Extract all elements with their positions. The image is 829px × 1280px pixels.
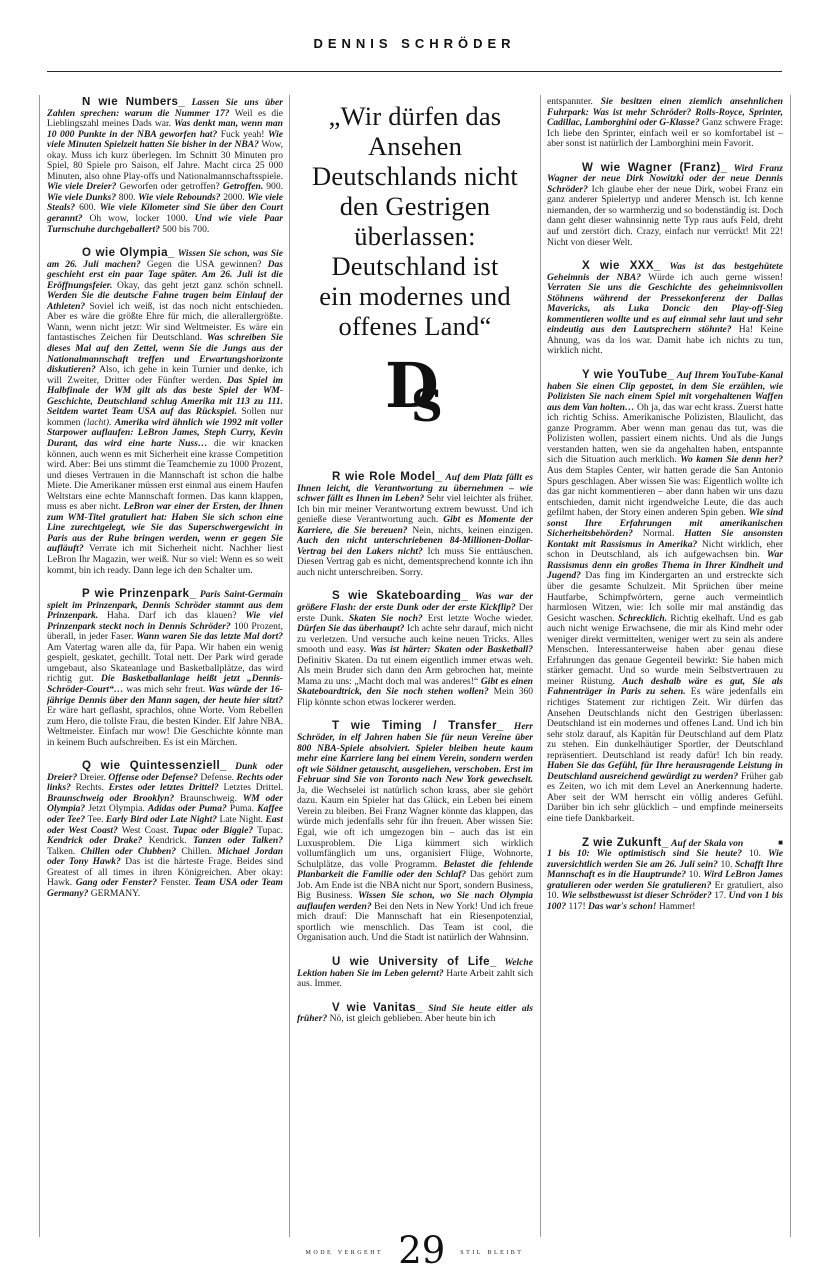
interview-section: T wie Timing / Transfer_ Herr Schröder, … [297, 721, 533, 943]
interviewee-answer: Puma. [230, 803, 254, 814]
interviewee-answer: Gegen die USA gewinnen? [147, 259, 262, 270]
pull-quote: „Wir dürfen dasAnsehenDeutschlands nicht… [297, 101, 533, 341]
interviewee-answer: Geworfen oder getroffen? [119, 181, 219, 192]
section-heading: N wie Numbers_ [82, 97, 185, 108]
section-heading: P wie Prinzenpark_ [82, 588, 196, 600]
interviewer-question: Erstes oder letztes Drittel? [109, 782, 219, 793]
interviewee-answer: Normal. [643, 528, 675, 539]
interviewee-answer: Chillen. [181, 846, 212, 857]
pull-quote-line: Deutschlands nicht [297, 161, 533, 191]
interview-section: P wie Prinzenpark_ Paris Saint-Germain s… [47, 589, 283, 748]
interviewer-question: Schrecklich. [618, 613, 667, 624]
interviewer-question: Kendrick oder Drake? [47, 835, 142, 846]
column-rule [289, 95, 290, 1237]
pull-quote-line: Ansehen [297, 131, 533, 161]
section-heading: T wie Timing / Transfer_ [332, 720, 504, 732]
interviewee-answer: Fenster. [161, 877, 191, 888]
interviewer-question: Braunschweig oder Brooklyn? [47, 793, 174, 804]
interviewee-answer: Erst letzte Woche wieder. [428, 613, 533, 624]
interview-section: X wie XXX_ Was ist das bestgehütete Gehe… [547, 261, 783, 357]
interviewer-question: Das war's schon! [588, 901, 656, 912]
section-heading: W wie Wagner (Franz)_ [582, 162, 727, 174]
section-heading: U wie University of Life_ [332, 956, 497, 968]
interview-section: N wie Numbers_ Lassen Sie uns über Zahle… [47, 97, 283, 235]
interview-section: S wie Skateboarding_ Was war der größere… [297, 591, 533, 708]
interviewee-answer: 900. [266, 181, 283, 192]
interviewee-answer: Aus dem Staples Center, wir hatten gerad… [547, 465, 783, 518]
interview-section: O wie Olympia_ Wissen Sie schon, was Sie… [47, 248, 283, 576]
section-heading: Z wie Zukunft_ [582, 837, 669, 849]
section-heading: V wie Vanitas_ [332, 1002, 423, 1014]
section-heading: X wie XXX_ [582, 260, 661, 272]
interviewee-answer: Kendrick. [149, 835, 187, 846]
text-column-3: entspannter. Sie besitzen einen ziemlich… [547, 97, 783, 1237]
footer-left-tagline: mode vergeht [306, 1247, 384, 1256]
interviewer-question: Wo kamen Sie denn her? [680, 454, 783, 465]
interviewee-answer: Braunschweig. [180, 793, 237, 804]
interviewee-answer: 10. [689, 869, 701, 880]
interviewee-answer: 10. [721, 859, 733, 870]
page-footer: mode vergeht 29 stil bleibt [0, 1236, 829, 1266]
interviewee-answer: 2000. [223, 192, 244, 203]
monogram-letter-s: S [411, 385, 443, 429]
interviewer-question: Wie viele Dreier? [47, 181, 116, 192]
column-rule [790, 95, 791, 1237]
section-heading: R wie Role Model_ [332, 471, 442, 483]
interviewee-answer: Haha. Darf ich das klauen? [107, 610, 236, 621]
interviewee-answer: Rechts. [76, 782, 104, 793]
interview-section: ■Z wie Zukunft_ Auf der Skala von 1 bis … [547, 838, 783, 913]
continuation-paragraph: entspannter. Sie besitzen einen ziemlich… [547, 97, 783, 150]
page-title: DENNIS SCHRÖDER [0, 36, 829, 51]
interviewee-answer: Ja, die Wechselei ist natürlich schon kr… [297, 785, 533, 870]
section-heading: O wie Olympia_ [82, 247, 175, 259]
interviewer-question: Offense oder Defense? [108, 772, 198, 783]
interviewer-question: Early Bird oder Late Night? [106, 814, 217, 825]
interviewee-answer: Late Night. [219, 814, 263, 825]
pull-quote-line: ein modernes und [297, 281, 533, 311]
interviewee-answer: entspannter. [547, 97, 593, 107]
interviewee-answer: 117! [568, 901, 585, 912]
interviewee-answer: Würde ich auch gerne wissen! [648, 272, 783, 283]
interviewee-answer: GERMANY. [91, 888, 140, 899]
interviewee-answer: Letztes Drittel. [223, 782, 283, 793]
interviewee-answer: Tupac. [257, 825, 283, 836]
interview-section: U wie University of Life_ Welche Lektion… [297, 957, 533, 990]
interviewee-answer: Dreier. [80, 772, 106, 783]
header-divider [47, 71, 782, 72]
interviewer-question: Wie viele Rebounds? [138, 192, 220, 203]
interviewer-question: Getroffen. [223, 181, 263, 192]
interviewee-answer: was mich sehr freut. [126, 684, 205, 695]
section-heading: Y wie YouTube_ [582, 369, 674, 381]
pull-quote-line: offenes Land“ [297, 311, 533, 341]
end-mark: ■ [743, 838, 783, 849]
interviewer-question: Dürfen Sie das überhaupt? [297, 623, 404, 634]
interviewee-answer: 17. [714, 890, 726, 901]
interview-section: V wie Vanitas_ Sind Sie heute eitler als… [297, 1003, 533, 1025]
interviewer-question: Wie selbstbewusst ist dieser Schröder? [561, 890, 711, 901]
section-heading: S wie Skateboarding_ [332, 590, 468, 602]
interviewer-question: Wann waren Sie das letzte Mal dort? [136, 631, 283, 642]
interviewee-answer: Er wäre hart geflasht, sprachlos, ohne W… [47, 705, 283, 748]
interviewee-answer: Jetzt Olympia. [88, 803, 144, 814]
interviewee-answer: Okay, das geht jetzt ganz schön schnell. [117, 280, 283, 291]
interview-section: Q wie Quintessenziell_ Dunk oder Dreier?… [47, 761, 283, 899]
interviewer-question: Wie viele Dunks? [47, 192, 116, 203]
interviewee-answer: Talken. [47, 846, 75, 857]
interview-section: Y wie YouTube_ Auf Ihrem YouTube-Kanal h… [547, 370, 783, 825]
interviewee-answer: 500 bis 700. [162, 224, 209, 235]
text-column-2: „Wir dürfen dasAnsehenDeutschlands nicht… [297, 97, 533, 1237]
interviewee-answer: Es wäre jedenfalls ein richtiges Stateme… [547, 686, 783, 760]
stage-direction: (lacht). [84, 417, 112, 428]
text-column-1: N wie Numbers_ Lassen Sie uns über Zahle… [47, 97, 283, 1237]
interviewee-answer: Defense. [200, 772, 234, 783]
section-heading: Q wie Quintessenziell_ [82, 760, 227, 772]
interviewer-question: Chillen oder Clubben? [81, 846, 177, 857]
pull-quote-line: überlassen: [297, 221, 533, 251]
interviewee-answer: 10. [749, 848, 761, 859]
interviewer-question: Gang oder Fenster? [76, 877, 157, 888]
interviewee-answer: Oh wow, locker 1000. [90, 213, 188, 224]
footer-right-tagline: stil bleibt [460, 1247, 523, 1256]
interviewer-question: Was ist härter: Skaten oder Basketball? [370, 644, 533, 655]
interviewee-answer: Hammer! [659, 901, 696, 912]
ds-monogram: DS [297, 359, 533, 459]
interviewee-answer: West Coast. [122, 825, 169, 836]
interviewer-question: Tanzen oder Talken? [193, 835, 283, 846]
magazine-page: DENNIS SCHRÖDER N wie Numbers_ Lassen Si… [0, 0, 829, 1280]
interview-section: R wie Role Model_ Auf dem Platz fällt es… [297, 472, 533, 578]
interviewer-question: Adidas oder Puma? [148, 803, 227, 814]
pull-quote-line: Deutschland ist [297, 251, 533, 281]
interviewee-answer: Nein, nichts, keinen einzigen. [412, 525, 533, 536]
interviewee-answer: Tee. [87, 814, 103, 825]
interviewee-answer: 800. [119, 192, 136, 203]
pull-quote-line: den Gestrigen [297, 191, 533, 221]
interviewer-question: Tupac oder Biggie? [173, 825, 253, 836]
page-number: 29 [398, 1236, 445, 1266]
interviewee-answer: Nö, ist gleich geblieben. Aber heute bin… [330, 1013, 496, 1024]
column-rule [540, 95, 541, 1237]
interviewee-answer: Fuck yeah! [221, 129, 265, 140]
interviewee-answer: 600. [79, 202, 96, 213]
column-rule [39, 95, 40, 1237]
interviewer-question: Skaten Sie noch? [349, 613, 423, 624]
pull-quote-line: „Wir dürfen das [297, 101, 533, 131]
interview-section: W wie Wagner (Franz)_ Wird Franz Wagner … [547, 163, 783, 248]
